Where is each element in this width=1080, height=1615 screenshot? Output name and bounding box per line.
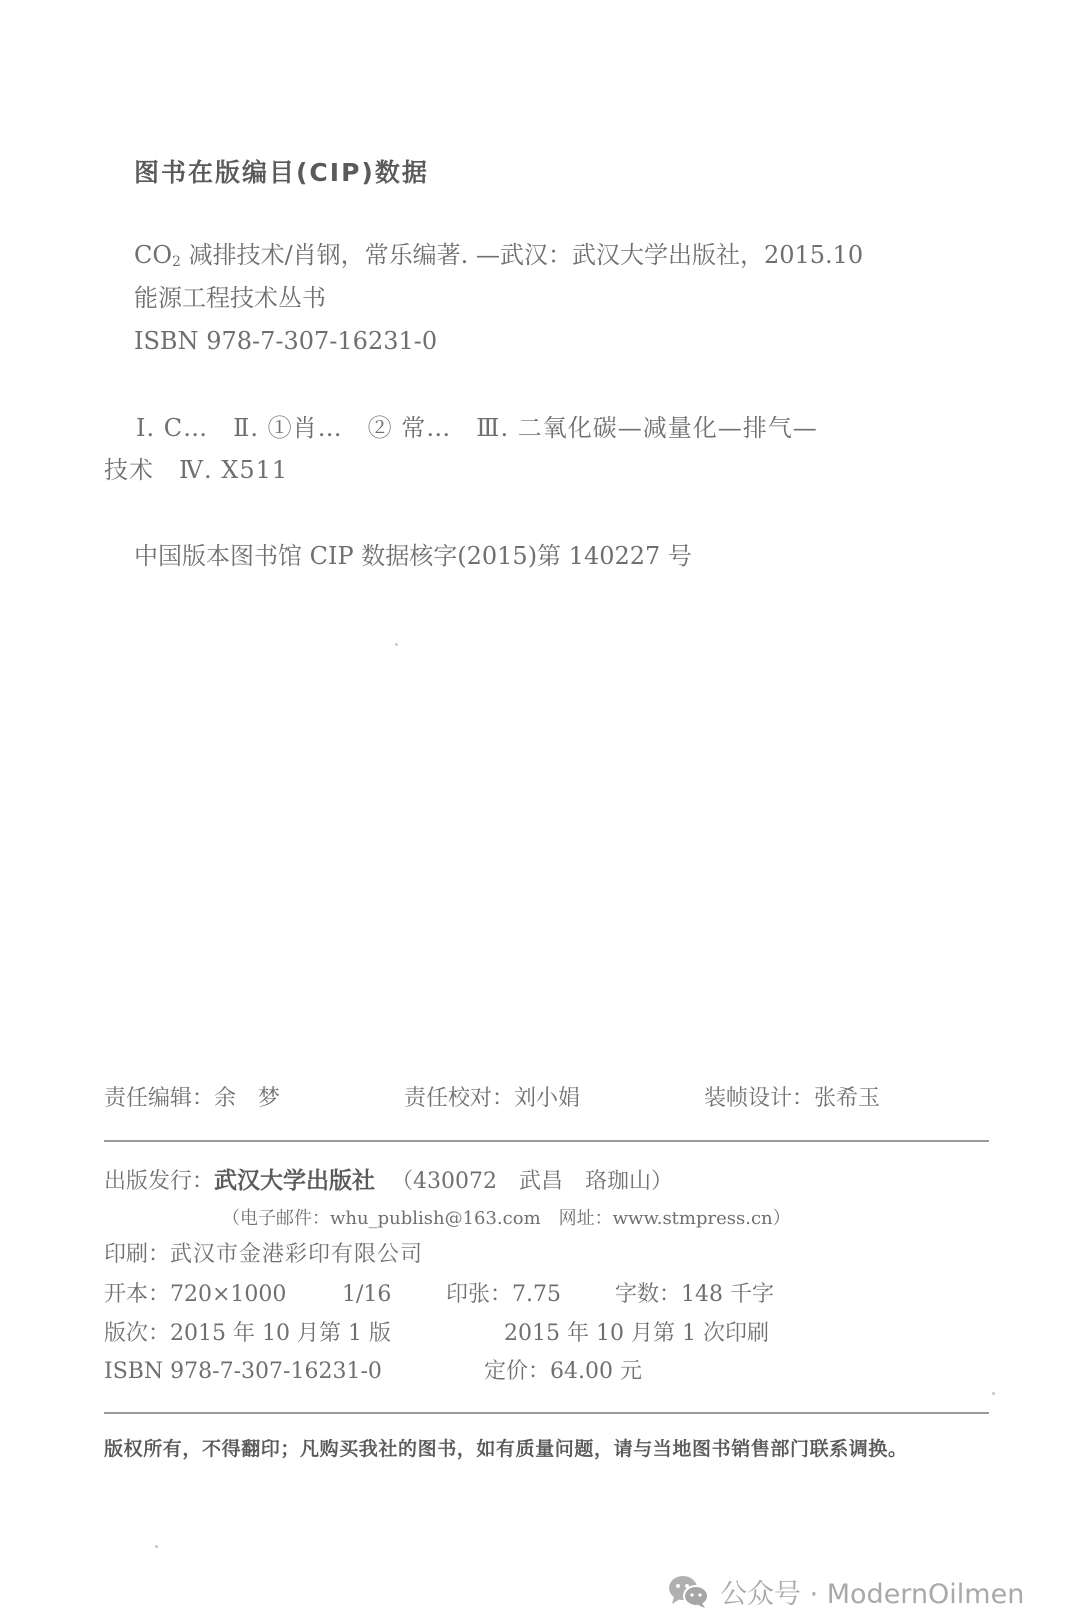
printer-label: 印刷： bbox=[104, 1242, 170, 1267]
publisher-contact: （电子邮件：whu_publish@163.com 网址：www.stmpres… bbox=[222, 1210, 791, 1228]
divider-top bbox=[104, 1140, 989, 1142]
publisher-address: （430072 武昌 珞珈山） bbox=[391, 1169, 673, 1194]
format-size: 开本：720×1000 bbox=[104, 1284, 286, 1306]
watermark-text: 公众号 · ModernOilmen bbox=[720, 1572, 1024, 1611]
cn-cip-number: 中国版本图书馆 CIP 数据核字(2015)第 140227 号 bbox=[134, 544, 692, 568]
classification-line-1: Ⅰ. C… Ⅱ. ①肖… ② 常… Ⅲ. 二氧化碳—减量化—排气— bbox=[136, 416, 818, 440]
publisher-label: 出版发行： bbox=[104, 1169, 214, 1194]
format-words: 字数：148 千字 bbox=[615, 1284, 774, 1306]
cip-series: 能源工程技术丛书 bbox=[134, 286, 326, 310]
cip-isbn: ISBN 978-7-307-16231-0 bbox=[134, 329, 437, 353]
designer-credit: 装帧设计：张希玉 bbox=[704, 1088, 880, 1110]
divider-bottom bbox=[104, 1412, 989, 1414]
printer-line: 印刷：武汉市金港彩印有限公司 bbox=[104, 1244, 423, 1266]
price: 定价：64.00 元 bbox=[484, 1361, 642, 1383]
cip-title-prefix: CO bbox=[134, 241, 172, 269]
scan-speck bbox=[992, 1392, 995, 1395]
printing-info: 2015 年 10 月第 1 次印刷 bbox=[504, 1323, 769, 1345]
printer-name: 武汉市金港彩印有限公司 bbox=[170, 1242, 423, 1267]
format-fold: 1/16 bbox=[342, 1284, 391, 1306]
watermark: 公众号 · ModernOilmen bbox=[668, 1572, 1024, 1611]
wechat-icon bbox=[668, 1575, 710, 1609]
publisher-line: 出版发行：武汉大学出版社（430072 武昌 珞珈山） bbox=[104, 1170, 673, 1193]
cip-title-rest: 减排技术/肖钢，常乐编著. —武汉：武汉大学出版社，2015.10 bbox=[181, 241, 863, 269]
classification-line-2: 技术 Ⅳ. X511 bbox=[104, 458, 288, 482]
copyright-notice: 版权所有，不得翻印；凡购买我社的图书，如有质量问题，请与当地图书销售部门联系调换… bbox=[104, 1440, 908, 1459]
cip-title-subscript: 2 bbox=[172, 254, 181, 270]
publisher-name: 武汉大学出版社 bbox=[214, 1168, 375, 1194]
format-sheets: 印张：7.75 bbox=[446, 1284, 561, 1306]
scan-speck bbox=[395, 643, 398, 646]
cip-title-line: CO2 减排技术/肖钢，常乐编著. —武汉：武汉大学出版社，2015.10 bbox=[134, 243, 863, 269]
pricing-isbn: ISBN 978-7-307-16231-0 bbox=[104, 1361, 382, 1383]
proofreader-credit: 责任校对：刘小娟 bbox=[404, 1088, 580, 1110]
scan-speck bbox=[155, 1545, 158, 1548]
cip-header: 图书在版编目(CIP)数据 bbox=[134, 160, 429, 185]
edition-info: 版次：2015 年 10 月第 1 版 bbox=[104, 1323, 391, 1345]
editor-credit: 责任编辑：余 梦 bbox=[104, 1088, 280, 1110]
